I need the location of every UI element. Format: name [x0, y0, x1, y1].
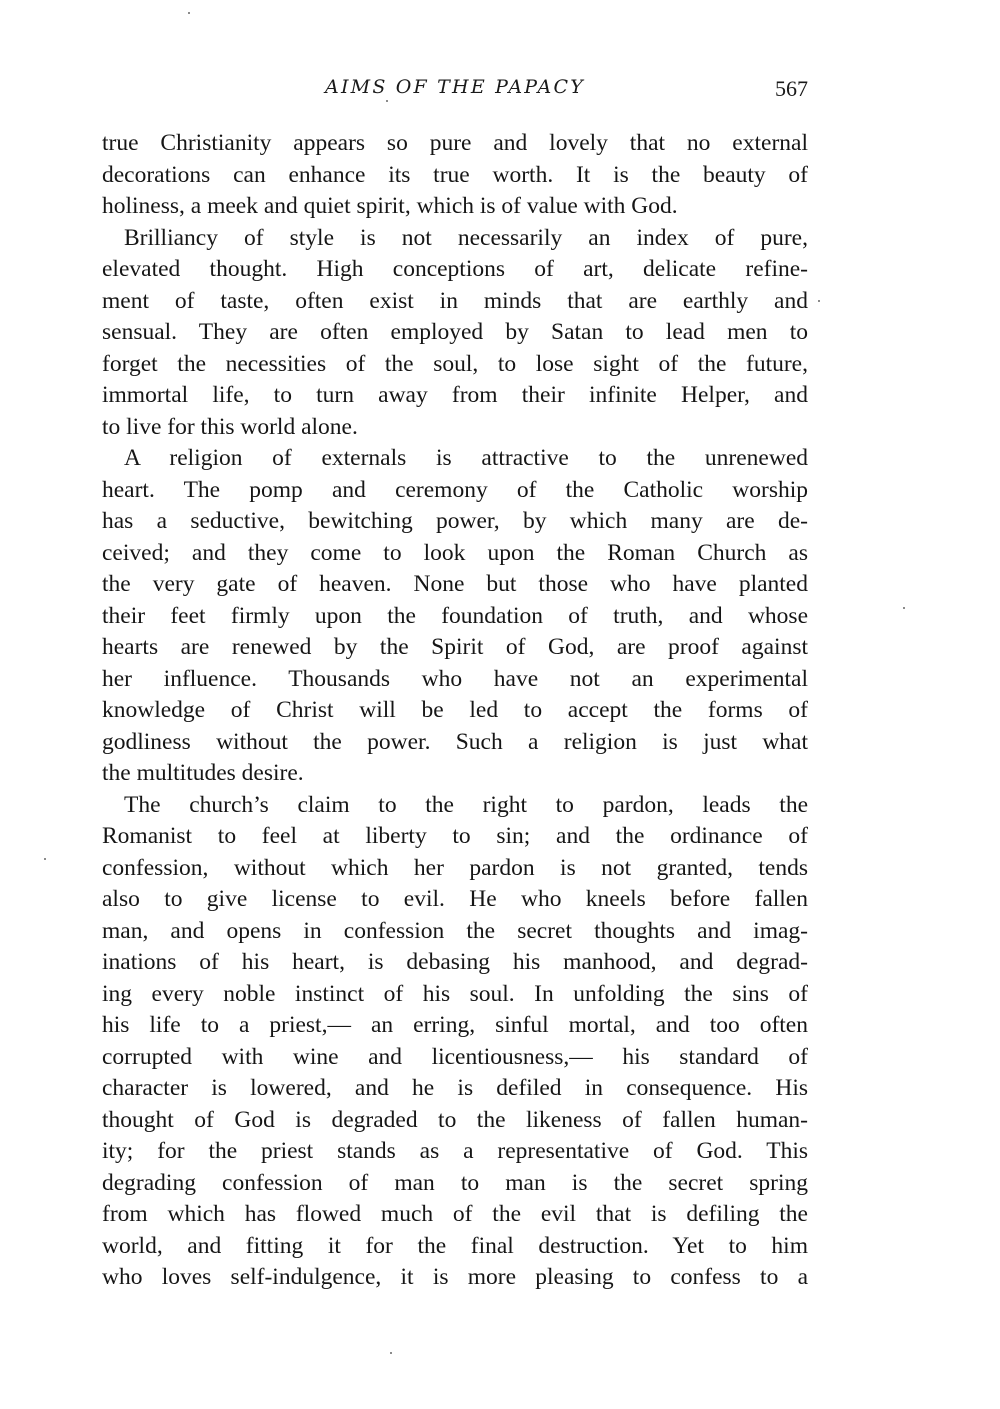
paragraph: true Christianity appears so pure and lo… — [102, 128, 808, 223]
text-line: his life to a priest,— an erring, sinful… — [102, 1010, 808, 1042]
page-number: 567 — [775, 76, 808, 102]
page-header: AIMS OF THE PAPACY 567 — [102, 76, 808, 108]
text-line: godliness without the power. Such a reli… — [102, 727, 808, 759]
text-line: man, and opens in confession the secret … — [102, 916, 808, 948]
text-line: ity; for the priest stands as a represen… — [102, 1136, 808, 1168]
text-line: confession, without which her pardon is … — [102, 853, 808, 885]
scan-speck — [903, 607, 905, 609]
paragraph: The church’s claim to the right to pardo… — [102, 790, 808, 1294]
text-line: her influence. Thousands who have not an… — [102, 664, 808, 696]
text-line: ing every noble instinct of his soul. In… — [102, 979, 808, 1011]
text-line: elevated thought. High conceptions of ar… — [102, 254, 808, 286]
text-line: The church’s claim to the right to pardo… — [102, 790, 808, 822]
text-line: character is lowered, and he is defiled … — [102, 1073, 808, 1105]
running-title: AIMS OF THE PAPACY — [102, 76, 808, 98]
paragraph: Brilliancy of style is not necessarily a… — [102, 223, 808, 444]
text-line: forget the necessities of the soul, to l… — [102, 349, 808, 381]
scan-speck — [818, 300, 820, 302]
text-line: thought of God is degraded to the likene… — [102, 1105, 808, 1137]
text-line: heart. The pomp and ceremony of the Cath… — [102, 475, 808, 507]
text-line: inations of his heart, is debasing his m… — [102, 947, 808, 979]
scan-speck — [390, 1352, 392, 1354]
body-text: true Christianity appears so pure and lo… — [102, 128, 808, 1294]
scan-speck — [386, 100, 388, 102]
text-line: A religion of externals is attractive to… — [102, 443, 808, 475]
book-page: AIMS OF THE PAPACY 567 true Christianity… — [0, 0, 1000, 1409]
text-line: to live for this world alone. — [102, 412, 808, 444]
scan-speck — [44, 858, 46, 860]
paragraph: A religion of externals is attractive to… — [102, 443, 808, 790]
text-line: ceived; and they come to look upon the R… — [102, 538, 808, 570]
text-line: Brilliancy of style is not necessarily a… — [102, 223, 808, 255]
text-line: immortal life, to turn away from their i… — [102, 380, 808, 412]
text-line: has a seductive, bewitching power, by wh… — [102, 506, 808, 538]
text-line: sensual. They are often employed by Sata… — [102, 317, 808, 349]
scan-speck — [188, 12, 190, 14]
text-line: the multitudes desire. — [102, 758, 808, 790]
text-line: knowledge of Christ will be led to accep… — [102, 695, 808, 727]
text-line: hearts are renewed by the Spirit of God,… — [102, 632, 808, 664]
text-line: Romanist to feel at liberty to sin; and … — [102, 821, 808, 853]
text-line: degrading confession of man to man is th… — [102, 1168, 808, 1200]
text-line: their feet firmly upon the foundation of… — [102, 601, 808, 633]
text-line: decorations can enhance its true worth. … — [102, 160, 808, 192]
text-line: world, and fitting it for the final dest… — [102, 1231, 808, 1263]
text-line: corrupted with wine and licentiousness,—… — [102, 1042, 808, 1074]
text-line: holiness, a meek and quiet spirit, which… — [102, 191, 808, 223]
text-line: the very gate of heaven. None but those … — [102, 569, 808, 601]
text-line: from which has flowed much of the evil t… — [102, 1199, 808, 1231]
text-line: true Christianity appears so pure and lo… — [102, 128, 808, 160]
text-line: ment of taste, often exist in minds that… — [102, 286, 808, 318]
text-line: also to give license to evil. He who kne… — [102, 884, 808, 916]
text-line: who loves self-indulgence, it is more pl… — [102, 1262, 808, 1294]
